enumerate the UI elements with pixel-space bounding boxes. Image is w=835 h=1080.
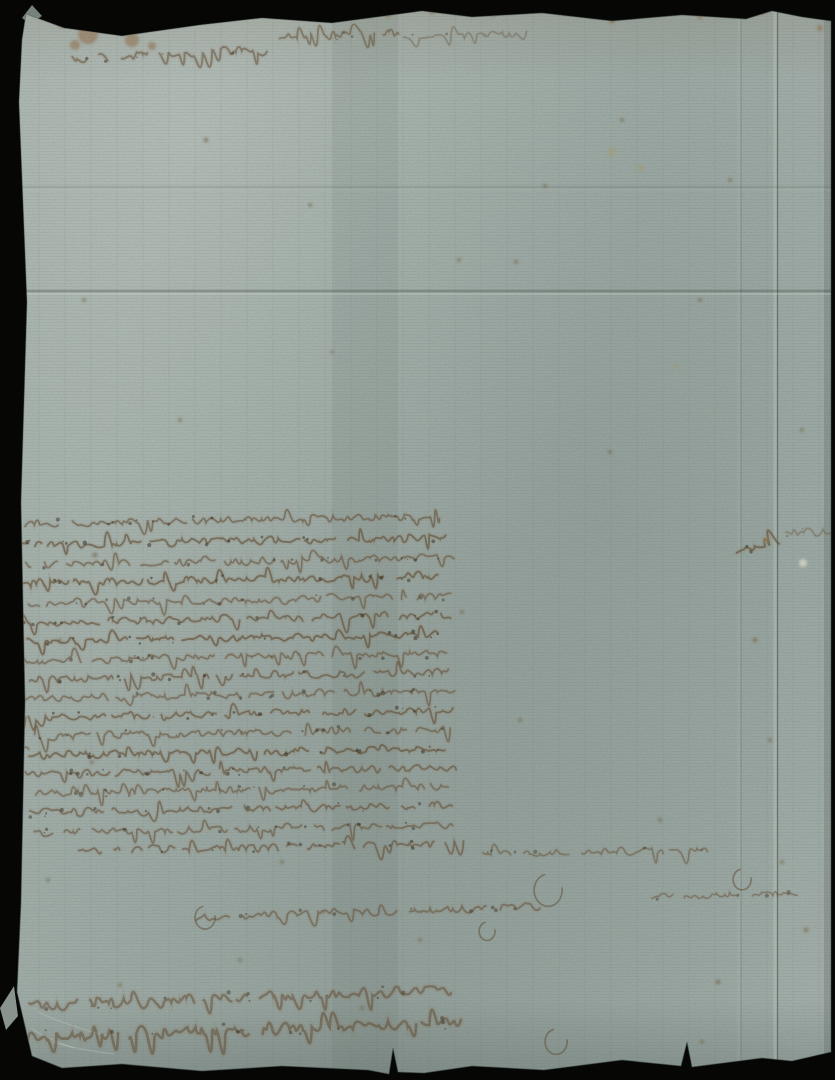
stain-speck	[46, 878, 50, 882]
stain-speck	[716, 980, 721, 985]
scanned-document-page	[0, 0, 835, 1080]
stain-speck	[804, 928, 809, 933]
stain-speck	[58, 638, 62, 642]
stain-rust	[817, 25, 823, 31]
stain-speck	[780, 860, 784, 864]
stain-speck	[90, 760, 94, 764]
stain-speck	[460, 610, 464, 614]
stain-speck	[753, 638, 758, 643]
stain-speck	[118, 983, 122, 987]
manuscript-scan	[0, 0, 835, 1080]
paper-surface	[0, 0, 835, 1080]
stain-rust	[148, 42, 156, 50]
stain-speck	[620, 118, 624, 122]
stain-yellow	[763, 537, 769, 543]
stain-speck	[418, 938, 422, 942]
stain-speck	[457, 258, 461, 262]
stain-speck	[331, 351, 334, 354]
stain-speck	[204, 138, 209, 143]
stain-speck	[360, 1006, 364, 1010]
stain-speck	[800, 428, 804, 432]
stain-speck	[543, 184, 547, 188]
stain-yellow	[608, 148, 616, 156]
stain-speck	[178, 418, 182, 422]
ink-blotch	[802, 528, 804, 530]
stain-yellow	[638, 165, 644, 171]
stain-speck	[698, 298, 702, 302]
stain-speck	[728, 178, 732, 182]
stain-speck	[514, 260, 518, 264]
stain-speck	[608, 450, 612, 454]
ink-blotch	[786, 535, 788, 537]
stain-speck	[93, 553, 98, 558]
stain-speck	[518, 718, 522, 722]
stain-bright	[799, 559, 807, 567]
stain-speck	[280, 860, 284, 864]
stain-speck	[82, 298, 86, 302]
stain-speck	[238, 958, 242, 962]
stain-rust	[70, 40, 80, 50]
stain-speck	[658, 818, 662, 822]
stain-speck	[308, 203, 312, 207]
stain-speck	[768, 738, 772, 742]
stain-speck	[700, 1040, 704, 1044]
stain-yellow	[674, 364, 678, 368]
